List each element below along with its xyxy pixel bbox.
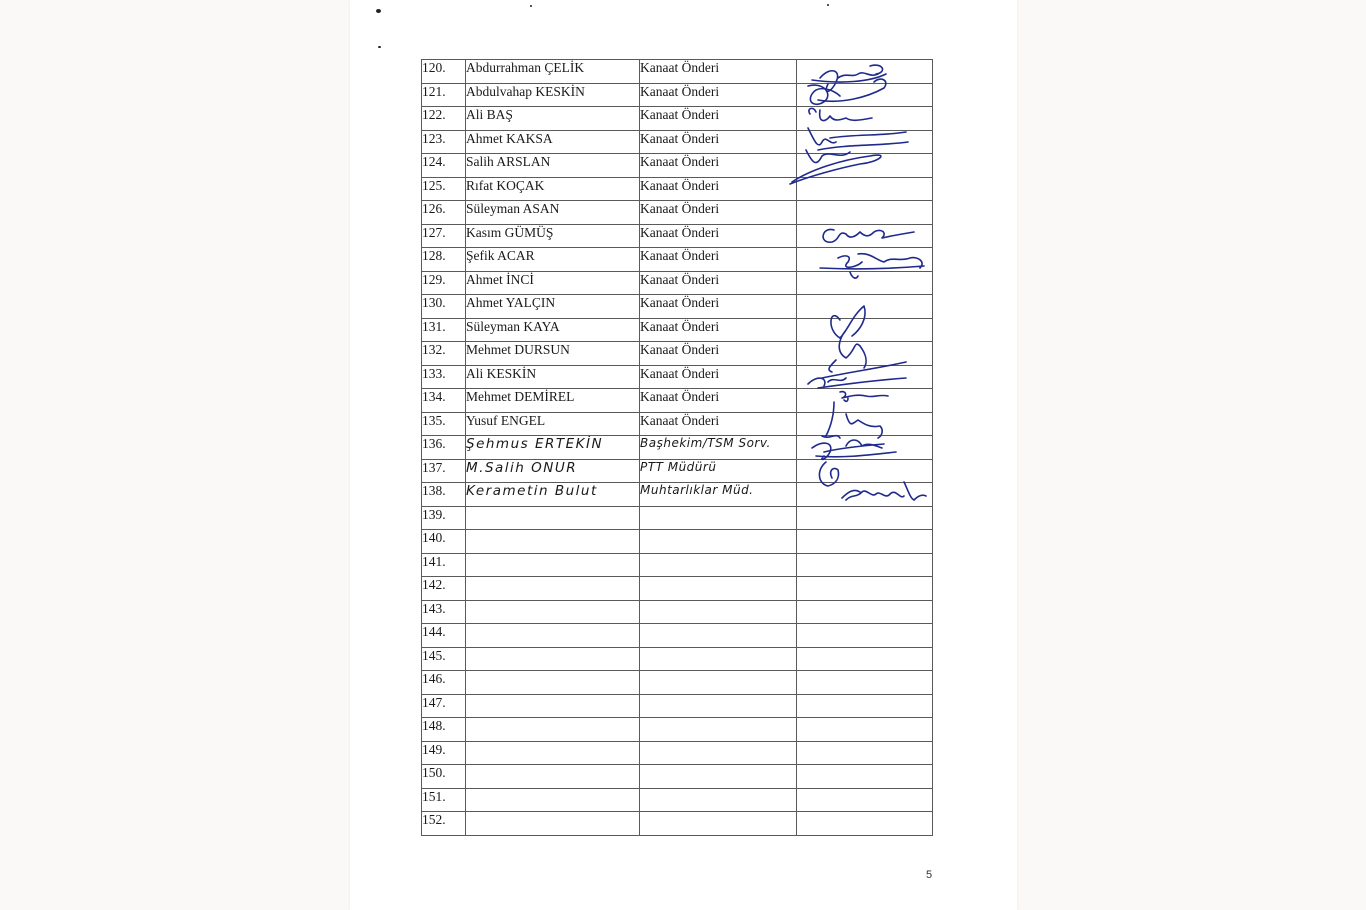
row-number: 124. <box>422 154 466 178</box>
table-row: 134.Mehmet DEMİRELKanaat Önderi <box>422 389 933 413</box>
signature-cell-signed <box>797 412 933 436</box>
row-number: 146. <box>422 671 466 695</box>
table-row: 150. <box>422 765 933 789</box>
table-row: 141. <box>422 553 933 577</box>
person-name: Salih ARSLAN <box>466 154 640 178</box>
row-number: 138. <box>422 483 466 507</box>
signature-cell-empty <box>797 530 933 554</box>
signature-cell-empty <box>797 553 933 577</box>
row-number: 132. <box>422 342 466 366</box>
table-row: 125.Rıfat KOÇAKKanaat Önderi <box>422 177 933 201</box>
person-title: Kanaat Önderi <box>640 295 797 319</box>
signature-cell-empty <box>797 788 933 812</box>
person-title <box>640 765 797 789</box>
person-title: Kanaat Önderi <box>640 201 797 225</box>
row-number: 121. <box>422 83 466 107</box>
person-title: Kanaat Önderi <box>640 107 797 131</box>
table-row: 121.Abdulvahap KESKİNKanaat Önderi <box>422 83 933 107</box>
table-row: 151. <box>422 788 933 812</box>
table-row: 135.Yusuf ENGELKanaat Önderi <box>422 412 933 436</box>
table-row: 143. <box>422 600 933 624</box>
table-row: 152. <box>422 812 933 836</box>
row-number: 139. <box>422 506 466 530</box>
table-row: 128.Şefik ACARKanaat Önderi <box>422 248 933 272</box>
table-row: 123.Ahmet KAKSAKanaat Önderi <box>422 130 933 154</box>
row-number: 144. <box>422 624 466 648</box>
person-title <box>640 553 797 577</box>
signature-cell-empty <box>797 506 933 530</box>
person-title <box>640 506 797 530</box>
row-number: 125. <box>422 177 466 201</box>
signature-cell-empty <box>797 718 933 742</box>
person-title <box>640 600 797 624</box>
signature-cell-signed <box>797 483 933 507</box>
row-number: 152. <box>422 812 466 836</box>
person-title <box>640 624 797 648</box>
person-name <box>466 718 640 742</box>
person-name: Kerametin Bulut <box>466 483 640 507</box>
person-title: Kanaat Önderi <box>640 318 797 342</box>
row-number: 127. <box>422 224 466 248</box>
person-name <box>466 624 640 648</box>
signature-cell-empty <box>797 694 933 718</box>
table-row: 142. <box>422 577 933 601</box>
person-name: Ahmet YALÇIN <box>466 295 640 319</box>
table-row: 120.Abdurrahman ÇELİKKanaat Önderi <box>422 60 933 84</box>
scan-speck <box>827 4 829 6</box>
table-row: 147. <box>422 694 933 718</box>
signature-cell-empty <box>797 271 933 295</box>
signature-cell-signed <box>797 342 933 366</box>
row-number: 140. <box>422 530 466 554</box>
person-name <box>466 600 640 624</box>
person-name: Rıfat KOÇAK <box>466 177 640 201</box>
table-row: 137.M.Salih ONURPTT Müdürü <box>422 459 933 483</box>
person-title: PTT Müdürü <box>640 459 797 483</box>
signature-cell-empty <box>797 201 933 225</box>
signature-cell-empty <box>797 177 933 201</box>
table-row: 133.Ali KESKİNKanaat Önderi <box>422 365 933 389</box>
person-name <box>466 553 640 577</box>
person-name: Mehmet DURSUN <box>466 342 640 366</box>
person-name: Şehmus ERTEKİN <box>466 436 640 460</box>
person-title: Kanaat Önderi <box>640 154 797 178</box>
person-title: Kanaat Önderi <box>640 60 797 84</box>
person-name <box>466 577 640 601</box>
row-number: 120. <box>422 60 466 84</box>
person-name <box>466 694 640 718</box>
scan-speck <box>530 5 532 7</box>
table-row: 129.Ahmet İNCİKanaat Önderi <box>422 271 933 295</box>
row-number: 129. <box>422 271 466 295</box>
person-name <box>466 530 640 554</box>
row-number: 148. <box>422 718 466 742</box>
scan-speck <box>378 46 381 48</box>
person-name: Süleyman KAYA <box>466 318 640 342</box>
table-row: 145. <box>422 647 933 671</box>
person-name: Abdurrahman ÇELİK <box>466 60 640 84</box>
person-title <box>640 577 797 601</box>
person-title <box>640 647 797 671</box>
table-row: 130.Ahmet YALÇINKanaat Önderi <box>422 295 933 319</box>
row-number: 122. <box>422 107 466 131</box>
person-name: Şefik ACAR <box>466 248 640 272</box>
signature-cell-empty <box>797 741 933 765</box>
person-title: Kanaat Önderi <box>640 271 797 295</box>
person-name: Ali BAŞ <box>466 107 640 131</box>
table-row: 146. <box>422 671 933 695</box>
signature-cell-signed <box>797 154 933 178</box>
row-number: 128. <box>422 248 466 272</box>
person-title <box>640 812 797 836</box>
table-row: 131.Süleyman KAYAKanaat Önderi <box>422 318 933 342</box>
person-title: Kanaat Önderi <box>640 365 797 389</box>
row-number: 150. <box>422 765 466 789</box>
row-number: 137. <box>422 459 466 483</box>
person-name <box>466 765 640 789</box>
person-title <box>640 694 797 718</box>
signature-cell-empty <box>797 671 933 695</box>
person-title: Kanaat Önderi <box>640 412 797 436</box>
table-row: 126.Süleyman ASANKanaat Önderi <box>422 201 933 225</box>
signature-cell-signed <box>797 60 933 84</box>
table-row: 136.Şehmus ERTEKİNBaşhekim/TSM Sorv. <box>422 436 933 460</box>
person-title <box>640 718 797 742</box>
person-title <box>640 671 797 695</box>
person-name: Süleyman ASAN <box>466 201 640 225</box>
table-row: 122.Ali BAŞKanaat Önderi <box>422 107 933 131</box>
row-number: 133. <box>422 365 466 389</box>
table-row: 148. <box>422 718 933 742</box>
scan-speck <box>376 9 381 13</box>
person-title: Muhtarlıklar Müd. <box>640 483 797 507</box>
person-title: Kanaat Önderi <box>640 248 797 272</box>
person-name: Ali KESKİN <box>466 365 640 389</box>
row-number: 143. <box>422 600 466 624</box>
row-number: 131. <box>422 318 466 342</box>
signature-cell-signed <box>797 436 933 460</box>
person-title: Kanaat Önderi <box>640 342 797 366</box>
person-title: Kanaat Önderi <box>640 83 797 107</box>
row-number: 130. <box>422 295 466 319</box>
row-number: 123. <box>422 130 466 154</box>
person-name: Mehmet DEMİREL <box>466 389 640 413</box>
person-title <box>640 741 797 765</box>
table-row: 139. <box>422 506 933 530</box>
person-name: Yusuf ENGEL <box>466 412 640 436</box>
person-name <box>466 671 640 695</box>
person-name: M.Salih ONUR <box>466 459 640 483</box>
person-title <box>640 530 797 554</box>
table-row: 124.Salih ARSLANKanaat Önderi <box>422 154 933 178</box>
signature-cell-signed <box>797 107 933 131</box>
person-name <box>466 506 640 530</box>
row-number: 136. <box>422 436 466 460</box>
person-title: Kanaat Önderi <box>640 130 797 154</box>
person-title: Kanaat Önderi <box>640 224 797 248</box>
signature-cell-empty <box>797 765 933 789</box>
table-row: 127.Kasım GÜMÜŞKanaat Önderi <box>422 224 933 248</box>
table-row: 144. <box>422 624 933 648</box>
person-name: Ahmet İNCİ <box>466 271 640 295</box>
person-title: Kanaat Önderi <box>640 177 797 201</box>
row-number: 151. <box>422 788 466 812</box>
row-number: 135. <box>422 412 466 436</box>
person-name: Kasım GÜMÜŞ <box>466 224 640 248</box>
table-row: 149. <box>422 741 933 765</box>
row-number: 141. <box>422 553 466 577</box>
person-name <box>466 741 640 765</box>
person-name: Ahmet KAKSA <box>466 130 640 154</box>
row-number: 142. <box>422 577 466 601</box>
signature-cell-signed <box>797 318 933 342</box>
signature-cell-empty <box>797 600 933 624</box>
table-row: 140. <box>422 530 933 554</box>
person-title: Kanaat Önderi <box>640 389 797 413</box>
signature-cell-signed <box>797 248 933 272</box>
signature-table: 120.Abdurrahman ÇELİKKanaat Önderi121.Ab… <box>421 59 933 836</box>
signature-cell-signed <box>797 224 933 248</box>
row-number: 134. <box>422 389 466 413</box>
person-title: Başhekim/TSM Sorv. <box>640 436 797 460</box>
row-number: 147. <box>422 694 466 718</box>
signature-cell-signed <box>797 389 933 413</box>
person-name <box>466 647 640 671</box>
signature-cell-signed <box>797 365 933 389</box>
signature-cell-empty <box>797 647 933 671</box>
page-number: 5 <box>926 869 932 881</box>
row-number: 126. <box>422 201 466 225</box>
signature-cell-empty <box>797 577 933 601</box>
person-name: Abdulvahap KESKİN <box>466 83 640 107</box>
signature-cell-signed <box>797 459 933 483</box>
signature-table-body: 120.Abdurrahman ÇELİKKanaat Önderi121.Ab… <box>422 60 933 836</box>
signature-cell-empty <box>797 295 933 319</box>
row-number: 145. <box>422 647 466 671</box>
table-row: 138.Kerametin BulutMuhtarlıklar Müd. <box>422 483 933 507</box>
signature-cell-signed <box>797 130 933 154</box>
signature-cell-empty <box>797 812 933 836</box>
person-title <box>640 788 797 812</box>
signature-cell-empty <box>797 624 933 648</box>
table-row: 132.Mehmet DURSUNKanaat Önderi <box>422 342 933 366</box>
person-name <box>466 788 640 812</box>
signature-cell-signed <box>797 83 933 107</box>
person-name <box>466 812 640 836</box>
row-number: 149. <box>422 741 466 765</box>
